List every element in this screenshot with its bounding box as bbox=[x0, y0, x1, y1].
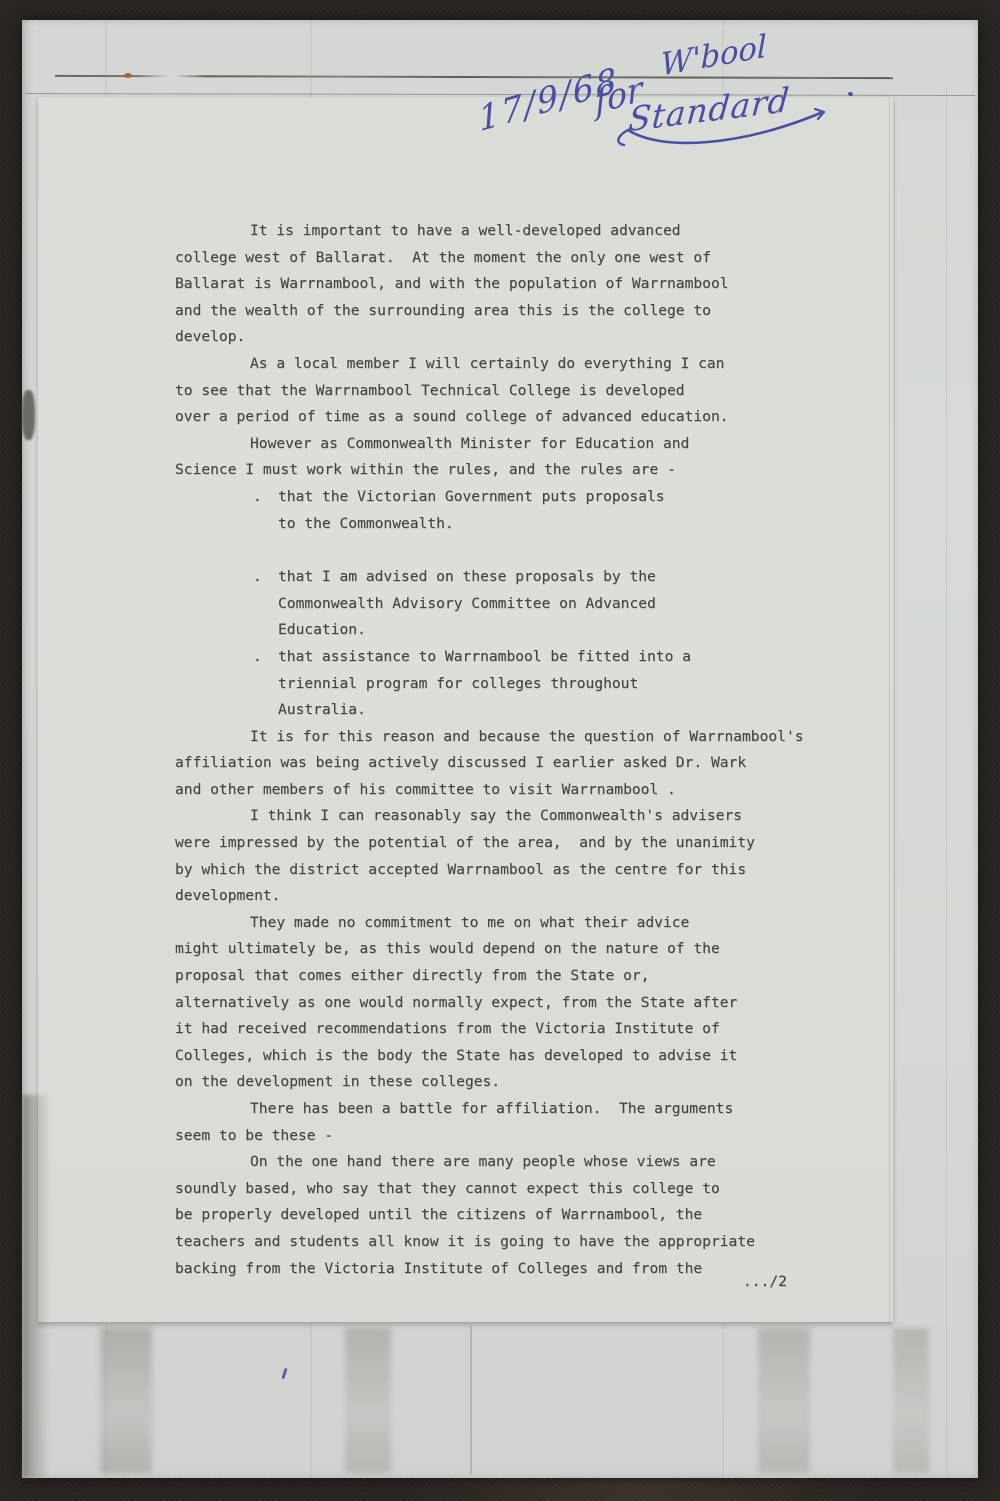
ink-smudge-streak bbox=[100, 1328, 152, 1473]
typed-line: college west of Ballarat. At the moment … bbox=[175, 245, 815, 272]
typed-line: on the development in these colleges. bbox=[175, 1069, 815, 1096]
bullet-dot: . bbox=[253, 644, 278, 671]
typed-line: It is important to have a well-developed… bbox=[175, 218, 815, 245]
bullet-line: .that I am advised on these proposals by… bbox=[175, 564, 815, 591]
typed-line: Colleges, which is the body the State ha… bbox=[175, 1043, 815, 1070]
typed-line: Ballarat is Warrnambool, and with the po… bbox=[175, 271, 815, 298]
document-body: It is important to have a well-developed… bbox=[175, 218, 815, 1282]
bullet-line: triennial program for colleges throughou… bbox=[175, 671, 815, 698]
typed-line: development. bbox=[175, 883, 815, 910]
typed-line: and other members of his committee to vi… bbox=[175, 777, 815, 804]
annotation-underline-swoosh bbox=[600, 100, 880, 170]
bullet-dot: . bbox=[253, 564, 278, 591]
scan-smudge-blob bbox=[22, 390, 35, 440]
typed-line: were impressed by the potential of the a… bbox=[175, 830, 815, 857]
typed-line: over a period of time as a sound college… bbox=[175, 404, 815, 431]
annotation-ink-dot bbox=[847, 91, 853, 96]
ink-smudge-streak bbox=[893, 1328, 929, 1473]
rust-speck bbox=[124, 73, 132, 78]
bullet-dot: . bbox=[253, 484, 278, 511]
bullet-line: Commonwealth Advisory Committee on Advan… bbox=[175, 591, 815, 618]
scanner-background: It is important to have a well-developed… bbox=[0, 0, 1000, 1501]
typed-line: proposal that comes either directly from… bbox=[175, 963, 815, 990]
page-number-marker: .../2 bbox=[743, 1273, 787, 1290]
bullet-line: .that the Victorian Government puts prop… bbox=[175, 484, 815, 511]
typed-line: affiliation was being actively discussed… bbox=[175, 750, 815, 777]
scan-shadow-strip bbox=[22, 1095, 50, 1478]
sheet-edge-vertical-line bbox=[889, 97, 890, 1322]
bullet-line: Australia. bbox=[175, 697, 815, 724]
typed-line: alternatively as one would normally expe… bbox=[175, 990, 815, 1017]
typed-line: On the one hand there are many people wh… bbox=[175, 1149, 815, 1176]
typed-line: I think I can reasonably say the Commonw… bbox=[175, 803, 815, 830]
handwritten-annotation: 17/9/68 for W'bool Standard bbox=[470, 38, 900, 178]
document-page: It is important to have a well-developed… bbox=[38, 97, 893, 1323]
typed-line: There has been a battle for affiliation.… bbox=[175, 1096, 815, 1123]
typed-line: might ultimately be, as this would depen… bbox=[175, 936, 815, 963]
typed-line: Science I must work within the rules, an… bbox=[175, 457, 815, 484]
typed-line: it had received recommendations from the… bbox=[175, 1016, 815, 1043]
typed-line: and the wealth of the surrounding area t… bbox=[175, 298, 815, 325]
typed-line: However as Commonwealth Minister for Edu… bbox=[175, 431, 815, 458]
typed-line: As a local member I will certainly do ev… bbox=[175, 351, 815, 378]
typed-line: develop. bbox=[175, 324, 815, 351]
bullet-line: Education. bbox=[175, 617, 815, 644]
bullet-line: .that assistance to Warrnambool be fitte… bbox=[175, 644, 815, 671]
bullet-line: to the Commonwealth. bbox=[175, 511, 815, 538]
typed-line: seem to be these - bbox=[175, 1123, 815, 1150]
ink-smudge-streak bbox=[345, 1328, 391, 1473]
sheet-edge-vertical-line bbox=[946, 84, 947, 1478]
typed-line: to see that the Warrnambool Technical Co… bbox=[175, 378, 815, 405]
typed-line: by which the district accepted Warrnambo… bbox=[175, 857, 815, 884]
typed-line: backing from the Victoria Institute of C… bbox=[175, 1256, 815, 1283]
typed-line: soundly based, who say that they cannot … bbox=[175, 1176, 815, 1203]
ink-smudge-streak bbox=[758, 1328, 810, 1473]
typed-line: be properly developed until the citizens… bbox=[175, 1202, 815, 1229]
ink-smudge-line bbox=[470, 1326, 472, 1474]
typed-line: They made no commitment to me on what th… bbox=[175, 910, 815, 937]
typed-line: teachers and students all know it is goi… bbox=[175, 1229, 815, 1256]
typed-line: It is for this reason and because the qu… bbox=[175, 724, 815, 751]
